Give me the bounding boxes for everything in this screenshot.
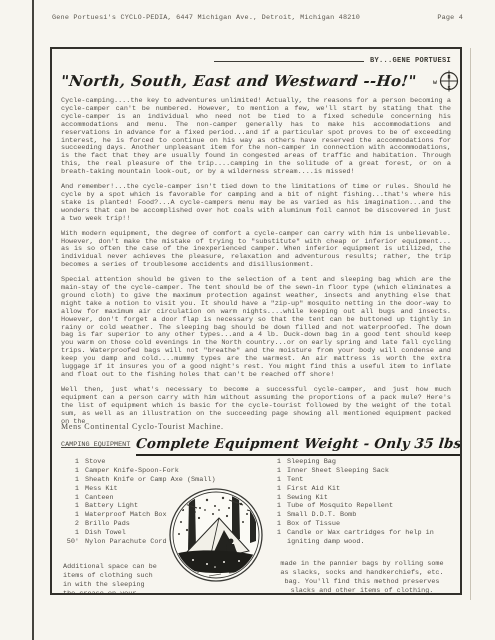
item-qty: 1 bbox=[63, 529, 79, 538]
item-name: Tent bbox=[287, 476, 303, 485]
scan-edge-line-left bbox=[32, 0, 34, 640]
note-line: as slacks, socks and handkerchiefs, etc. bbox=[269, 569, 455, 578]
list-item: 1First Aid Kit bbox=[265, 485, 434, 494]
title-row: "North, South, East and Westward --Ho!" … bbox=[61, 69, 451, 93]
page-header: Gene Portuesi's CYCLO-PEDIA, 6447 Michig… bbox=[52, 15, 463, 22]
campsite-illustration bbox=[169, 488, 263, 582]
item-name: Small D.D.T. Bomb bbox=[287, 511, 356, 520]
list-item: 1Camper Knife-Spoon-Fork bbox=[63, 467, 216, 476]
item-name: Stove bbox=[85, 458, 105, 467]
article-title: "North, South, East and Westward --Ho!" bbox=[60, 72, 417, 90]
scanned-newsletter-page: { "colors": { "paper": "#f7f5ef", "ink":… bbox=[0, 0, 495, 640]
equipment-list-right: 1Sleeping Bag 1Inner Sheet Sleeping Sack… bbox=[265, 458, 434, 546]
note-line: bag. You'll find this method preserves bbox=[269, 578, 455, 587]
equipment-weight-banner-text: Complete Equipment Weight - Only 35 lbs! bbox=[136, 436, 462, 452]
item-qty: 1 bbox=[265, 467, 281, 476]
paragraph-1: Cycle-camping....the key to adventures u… bbox=[61, 98, 451, 177]
equipment-header-row: CAMPING EQUIPMENT Complete Equipment Wei… bbox=[61, 436, 451, 454]
note-line: in with the sleeping bbox=[63, 581, 167, 590]
item-name: Box of Tissue bbox=[287, 520, 340, 529]
paragraph-2: And remember!...the cycle-camper isn't t… bbox=[61, 184, 451, 224]
paragraph-3: With modern equipment, the degree of com… bbox=[61, 231, 451, 271]
compass-north-label: N bbox=[448, 75, 451, 81]
list-item: 1Sheath Knife or Camp Axe (Small) bbox=[63, 476, 216, 485]
note-line: items of clothing such bbox=[63, 572, 167, 581]
list-item: 1Box of Tissue bbox=[265, 520, 434, 529]
list-item: 1Tent bbox=[265, 476, 434, 485]
item-name: Inner Sheet Sleeping Sack bbox=[287, 467, 389, 476]
scan-edge-line-right bbox=[470, 48, 471, 600]
item-name: Sheath Knife or Camp Axe (Small) bbox=[85, 476, 216, 485]
camping-equipment-label: CAMPING EQUIPMENT bbox=[61, 441, 130, 449]
equipment-weight-banner: Complete Equipment Weight - Only 35 lbs! bbox=[136, 435, 462, 456]
item-name: Canteen bbox=[85, 494, 114, 503]
list-item: 1Inner Sheet Sleeping Sack bbox=[265, 467, 434, 476]
list-item: 1Small D.D.T. Bomb bbox=[265, 511, 434, 520]
item-qty: 1 bbox=[63, 485, 79, 494]
item-qty: 1 bbox=[265, 502, 281, 511]
item-name: Nylon Parachute Cord bbox=[85, 538, 167, 547]
item-qty: 1 bbox=[63, 502, 79, 511]
item-qty: 2 bbox=[63, 520, 79, 529]
compass-south-label: S bbox=[448, 86, 451, 92]
item-qty: 1 bbox=[63, 467, 79, 476]
item-name: Candle or Wax cartridges for help in bbox=[287, 529, 434, 538]
item-qty: 1 bbox=[63, 476, 79, 485]
item-name: First Aid Kit bbox=[287, 485, 340, 494]
list-item: 1Tube of Mosquito Repellent bbox=[265, 502, 434, 511]
note-right: made in the pannier bags by rolling some… bbox=[269, 560, 455, 595]
byline-row: BY...GENE PORTUESI bbox=[61, 56, 451, 66]
item-name: Waterproof Match Box bbox=[85, 511, 167, 520]
article-body: Cycle-camping....the key to adventures u… bbox=[61, 98, 451, 431]
item-name: Mess Kit bbox=[85, 485, 118, 494]
item-name: Sleeping Bag bbox=[287, 458, 336, 467]
note-line: the crease on your bbox=[63, 590, 167, 595]
item-qty: 1 bbox=[63, 511, 79, 520]
list-item: 1Sleeping Bag bbox=[265, 458, 434, 467]
item-qty: 1 bbox=[63, 458, 79, 467]
equipment-section: 1Stove 1Camper Knife-Spoon-Fork 1Sheath … bbox=[61, 458, 451, 595]
item-qty: 1 bbox=[265, 485, 281, 494]
paragraph-4: Special attention should be given to the… bbox=[61, 277, 451, 380]
list-item: igniting damp wood. bbox=[265, 538, 434, 547]
compass-west-label: w bbox=[433, 79, 437, 86]
list-item: 1Sewing Kit bbox=[265, 494, 434, 503]
item-qty bbox=[265, 538, 281, 547]
compass-icon: w N S e bbox=[431, 68, 462, 94]
byline: BY...GENE PORTUESI bbox=[370, 57, 451, 65]
item-qty: 50' bbox=[63, 538, 79, 547]
compass-east-label: e bbox=[460, 79, 462, 86]
item-name: igniting damp wood. bbox=[287, 538, 365, 547]
list-item: 1Candle or Wax cartridges for help in bbox=[265, 529, 434, 538]
item-qty: 1 bbox=[265, 511, 281, 520]
item-name: Camper Knife-Spoon-Fork bbox=[85, 467, 179, 476]
item-name: Tube of Mosquito Repellent bbox=[287, 502, 393, 511]
item-qty: 1 bbox=[265, 529, 281, 538]
item-qty: 1 bbox=[265, 494, 281, 503]
item-name: Brillo Pads bbox=[85, 520, 130, 529]
item-qty: 1 bbox=[265, 458, 281, 467]
note-line: made in the pannier bags by rolling some bbox=[269, 560, 455, 569]
item-name: Battery Light bbox=[85, 502, 138, 511]
note-line: slacks and other items of clothing. bbox=[269, 587, 455, 595]
closing-serif-line: Mens Continental Cyclo-Tourist Machine. bbox=[61, 422, 451, 431]
item-qty: 1 bbox=[63, 494, 79, 503]
item-qty: 1 bbox=[265, 476, 281, 485]
item-qty: 1 bbox=[265, 520, 281, 529]
note-left: Additional space can be items of clothin… bbox=[63, 563, 167, 595]
byline-rule bbox=[214, 61, 364, 62]
page-number: Page 4 bbox=[437, 15, 463, 22]
paragraph-5: Well then, just what's necessary to beco… bbox=[61, 387, 451, 427]
item-name: Sewing Kit bbox=[287, 494, 328, 503]
note-line: Additional space can be bbox=[63, 563, 167, 572]
item-name: Dish Towel bbox=[85, 529, 126, 538]
masthead-address: Gene Portuesi's CYCLO-PEDIA, 6447 Michig… bbox=[52, 15, 360, 22]
article-border-box: BY...GENE PORTUESI "North, South, East a… bbox=[50, 47, 462, 595]
list-item: 1Stove bbox=[63, 458, 216, 467]
